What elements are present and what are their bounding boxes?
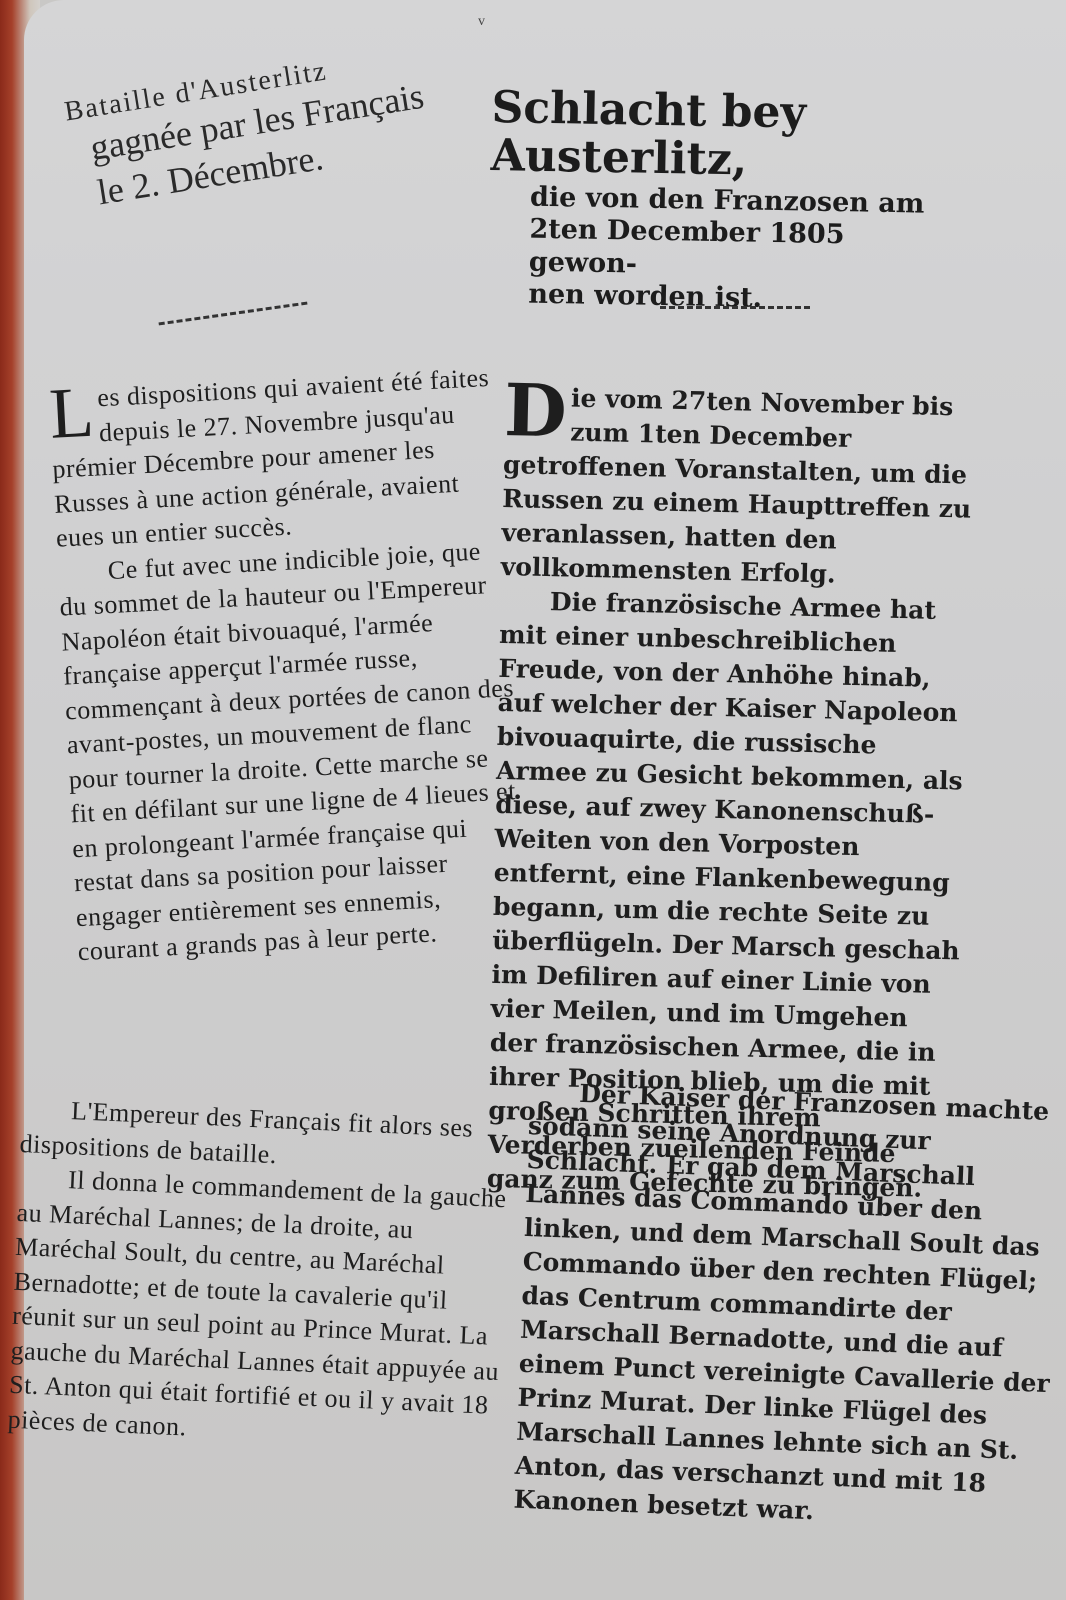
french-paragraph: Ce fut avec une indicible joie, que du s… xyxy=(57,533,528,970)
signature-mark: v xyxy=(478,14,485,30)
german-title-line1: Schlacht bey Austerlitz, xyxy=(490,84,952,189)
german-paragraph-text: ie vom 27ten November bis zum 1ten Decem… xyxy=(500,384,971,589)
german-column-section2: Der Kaiser der Franzosen machte sodann s… xyxy=(513,1075,1066,1537)
french-dropcap: L xyxy=(48,382,96,444)
german-title: Schlacht bey Austerlitz, die von den Fra… xyxy=(488,84,952,318)
french-column-section1: Les dispositions qui avaient été faites … xyxy=(48,360,528,969)
french-paragraph: Il donna le commandement de la gauche au… xyxy=(7,1161,509,1458)
german-title-divider xyxy=(660,306,810,309)
french-column-section2: L'Empereur des Français fit alors ses di… xyxy=(7,1092,512,1458)
german-title-line3: 2ten December 1805 gewon- xyxy=(489,213,950,286)
french-paragraph-text: es dispositions qui avaient été faites d… xyxy=(52,363,490,553)
german-paragraph: Die vom 27ten November bis zum 1ten Dece… xyxy=(500,380,975,595)
german-paragraph: Der Kaiser der Franzosen machte sodann s… xyxy=(513,1075,1066,1537)
french-paragraph: Les dispositions qui avaient été faites … xyxy=(48,360,506,556)
german-dropcap: D xyxy=(504,380,568,441)
